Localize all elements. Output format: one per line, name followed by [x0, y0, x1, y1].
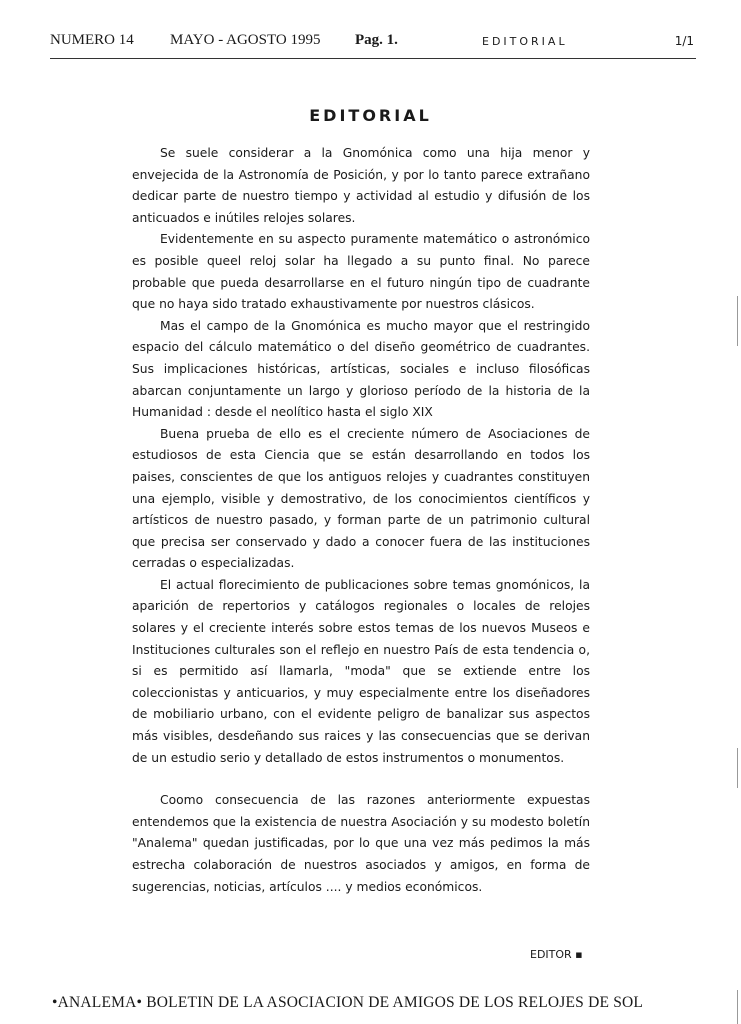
article-title: EDITORIAL [0, 106, 741, 125]
margin-mark [737, 296, 738, 346]
paragraph: Buena prueba de ello es el creciente núm… [132, 424, 590, 575]
paragraph: Mas el campo de la Gnomónica es mucho ma… [132, 316, 590, 424]
margin-mark [737, 748, 738, 788]
paragraph: Coomo consecuencia de las razones anteri… [132, 790, 590, 898]
section-name: EDITORIAL [482, 35, 568, 48]
page-footer: •ANALEMA• BOLETIN DE LA ASOCIACION DE AM… [52, 994, 643, 1012]
issue-date: MAYO - AGOSTO 1995 [170, 32, 320, 49]
paragraph: Se suele considerar a la Gnomónica como … [132, 143, 590, 229]
editor-signature: EDITOR ▪ [530, 948, 583, 961]
header-divider [50, 58, 696, 59]
issue-number: NUMERO 14 [50, 32, 134, 49]
page-count: 1/1 [675, 34, 694, 48]
page-header: NUMERO 14 MAYO - AGOSTO 1995 Pag. 1. EDI… [50, 30, 694, 52]
paragraph: Evidentemente en su aspecto puramente ma… [132, 229, 590, 315]
article-body: Se suele considerar a la Gnomónica como … [132, 143, 590, 898]
paragraph: El actual florecimiento de publicaciones… [132, 575, 590, 769]
page-number: Pag. 1. [355, 32, 398, 49]
margin-mark [737, 990, 738, 1024]
